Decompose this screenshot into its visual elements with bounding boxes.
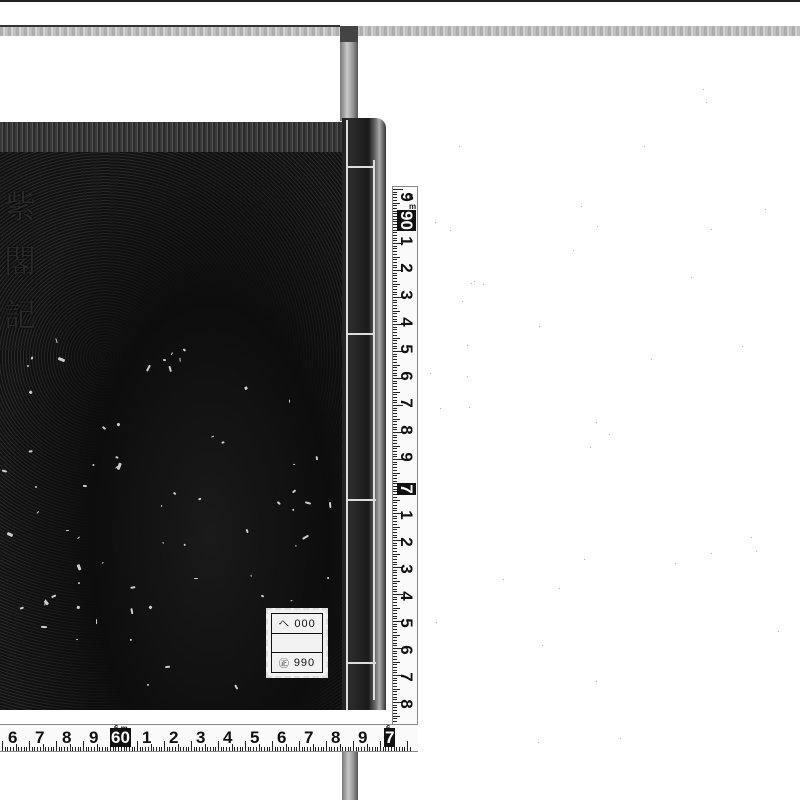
speck	[295, 545, 296, 547]
speck	[41, 625, 47, 627]
stitch	[348, 499, 376, 501]
ruler-end-unit-label: 6	[386, 724, 390, 733]
ruler-number: 6	[8, 728, 17, 748]
title-glyph: 紫	[4, 180, 44, 234]
ruler-number: 8	[396, 695, 416, 713]
speck	[194, 578, 198, 579]
ruler-number: 4	[396, 313, 416, 331]
binding-clip-bottom	[342, 752, 358, 800]
stitch	[348, 662, 376, 664]
ruler-number: 9	[358, 728, 367, 748]
speck	[35, 486, 37, 488]
ruler-number: 3	[396, 560, 416, 578]
book-cover-top-band	[0, 122, 350, 152]
speck	[288, 400, 289, 403]
stitch	[346, 333, 374, 335]
label-number: 990	[294, 657, 315, 669]
ruler-number: 9	[89, 728, 98, 748]
ruler-number: 1	[396, 232, 416, 250]
ruler-number: 8	[62, 728, 71, 748]
speck	[162, 542, 164, 544]
ruler-number: 7	[304, 728, 313, 748]
ruler-number: 9	[396, 448, 416, 466]
ruler-number: 2	[169, 728, 178, 748]
ruler-number: 7	[35, 728, 44, 748]
ruler-number: 4	[223, 728, 232, 748]
ruler-number: 7	[396, 668, 416, 686]
ruler-number: 7	[396, 394, 416, 412]
ruler-number: 2	[396, 259, 416, 277]
stitch	[346, 166, 374, 168]
ruler-unit-label: 6 m	[114, 724, 128, 733]
ruler-horizontal: 67896012345678976 m6	[0, 724, 418, 752]
ruler-number: 8	[331, 728, 340, 748]
ruler-number: 5	[396, 614, 416, 632]
title-glyph: 記	[4, 288, 44, 342]
speck	[77, 582, 79, 584]
speck	[163, 358, 166, 360]
scanner-bed-strip	[0, 26, 800, 36]
ruler-number: 8	[396, 421, 416, 439]
ruler-number: 6	[277, 728, 286, 748]
ruler-number: 90	[396, 210, 416, 228]
label-row-number: ㊣ 990	[272, 653, 322, 672]
ruler-number: 1	[142, 728, 151, 748]
ruler-number: 7	[396, 480, 416, 498]
stamp-mark: ㊣	[279, 655, 290, 670]
label-row-blank	[272, 634, 322, 654]
book-title: 紫閣記	[4, 180, 44, 342]
ruler-unit-label: 6 m	[409, 193, 417, 211]
speck	[329, 502, 332, 508]
ruler-number: 3	[396, 286, 416, 304]
ruler-number: 6	[396, 641, 416, 659]
ruler-number: 5	[250, 728, 259, 748]
speck	[96, 619, 97, 624]
scanner-bed-edge	[0, 25, 340, 27]
ruler-vertical: 99012345678971234567896 m	[392, 186, 418, 752]
binding-clip-top	[340, 26, 358, 121]
ruler-number: 6	[396, 367, 416, 385]
catalog-label: ヘ 000 ㊣ 990	[266, 608, 328, 678]
speck	[83, 485, 87, 487]
title-glyph: 閣	[4, 234, 44, 288]
book-spine	[342, 118, 386, 710]
ruler-number: 1	[396, 506, 416, 524]
ruler-number: 5	[396, 340, 416, 358]
ruler-number: 2	[396, 533, 416, 551]
ruler-number: 4	[396, 587, 416, 605]
label-row-call-number: ヘ 000	[272, 614, 322, 634]
spine-thread-left	[346, 120, 348, 710]
speck	[147, 684, 149, 686]
spine-thread-right	[373, 160, 375, 700]
speck	[29, 450, 33, 453]
ruler-number: 3	[196, 728, 205, 748]
scan-top-edge-line	[0, 0, 800, 2]
